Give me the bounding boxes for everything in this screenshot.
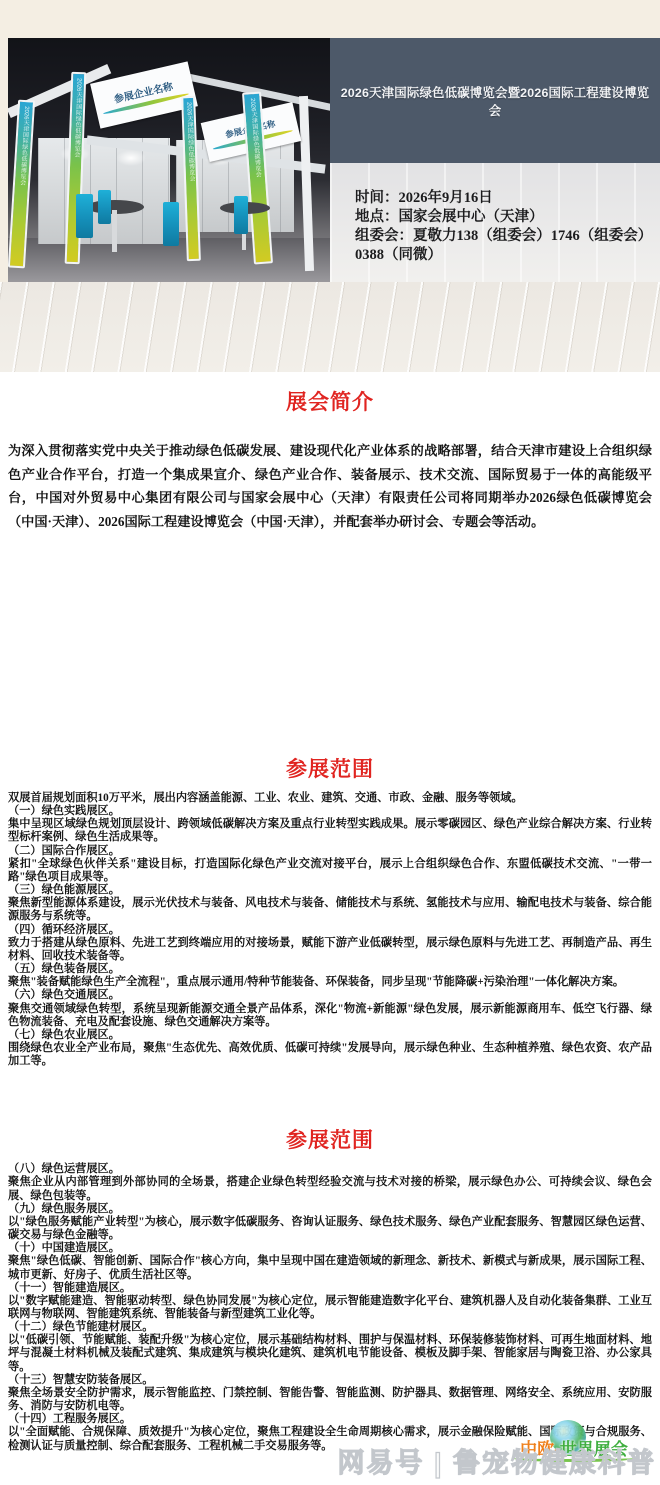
zone-title: （十三）智慧安防装备展区。	[8, 1374, 652, 1387]
section-heading-intro: 展会简介	[0, 392, 660, 414]
section-heading-scope-1: 参展范围	[0, 759, 660, 781]
zone-desc: 以"绿色服务赋能产业转型"为核心，展示数字低碳服务、咨询认证服务、绿色技术服务、…	[8, 1216, 652, 1242]
zone-desc: 聚焦企业从内部管理到外部协同的全场景，搭建企业绿色转型经验交流与技术对接的桥梁，…	[8, 1176, 652, 1202]
flyer-page: 参展企业名称 参展企业名称 2026天津国际绿色低碳博览会 2026天津国际绿色…	[0, 0, 660, 1485]
booth-chair	[163, 202, 179, 246]
zone-desc: 聚焦新型能源体系建设，展示光伏技术与装备、风电技术与装备、储能技术与系统、氢能技…	[8, 897, 652, 923]
intro-paragraph: 为深入贯彻落实党中央关于推动绿色低碳发展、建设现代化产业体系的战略部署，结合天津…	[8, 439, 652, 533]
zone-title: （七）绿色农业展区。	[8, 1029, 652, 1042]
zone-desc: 以"数字赋能建造、智能驱动转型、绿色协同发展"为核心定位，展示智能建造数字化平台…	[8, 1295, 652, 1321]
section-heading-scope-2: 参展范围	[0, 1130, 660, 1152]
zone-title: （六）绿色交通展区。	[8, 989, 652, 1002]
zone-desc: 以"低碳引领、节能赋能、装配升级"为核心定位，展示基础结构材料、围护与保温材料、…	[8, 1334, 652, 1373]
booth-chair	[234, 196, 248, 234]
booth-photo: 参展企业名称 参展企业名称 2026天津国际绿色低碳博览会 2026天津国际绿色…	[8, 38, 330, 282]
booth-chair	[76, 194, 93, 238]
zone-desc: 聚焦"绿色低碳、智能创新、国际合作"核心方向，集中呈现中国在建造领域的新理念、新…	[8, 1255, 652, 1281]
scope-list-1: 双展首届规划面积10万平米，展出内容涵盖能源、工业、农业、建筑、交通、市政、金融…	[8, 792, 652, 1068]
zone-title: （八）绿色运营展区。	[8, 1163, 652, 1176]
expo-title: 2026天津国际绿色低碳博览会暨2026国际工程建设博览会	[330, 83, 660, 119]
zone-desc: 聚焦"装备赋能绿色生产全流程"，重点展示通用/特种节能装备、环保装备，同步呈现"…	[8, 976, 652, 989]
zone-title: （二）国际合作展区。	[8, 845, 652, 858]
zone-title: （十）中国建造展区。	[8, 1242, 652, 1255]
info-location: 地点：国家会展中心（天津）	[355, 208, 657, 227]
info-committee: 组委会：夏敬力138（组委会）1746（组委会）0388（同微）	[355, 227, 657, 265]
column-label: 2026天津国际绿色低碳博览会	[185, 102, 196, 259]
zone-desc: 聚焦全场景安全防护需求，展示智能监控、门禁控制、智能告警、智能监测、防护器具、数…	[8, 1387, 652, 1413]
booth-chair	[98, 190, 111, 224]
info-time: 时间：2026年9月16日	[355, 189, 657, 208]
zone-desc: 紧扣"全球绿色伙伴关系"建设目标，打造国际化绿色产业交流对接平台，展示上合组织绿…	[8, 858, 652, 884]
zone-desc: 围绕绿色农业全产业布局，聚焦"生态优先、高效优质、低碳可持续"发展导向，展示绿色…	[8, 1042, 652, 1068]
scope-intro: 双展首届规划面积10万平米，展出内容涵盖能源、工业、农业、建筑、交通、市政、金融…	[8, 792, 652, 805]
hero-title-panel: 2026天津国际绿色低碳博览会暨2026国际工程建设博览会	[330, 38, 660, 163]
flyer-content: 展会简介 为深入贯彻落实党中央关于推动绿色低碳发展、建设现代化产业体系的战略部署…	[0, 372, 660, 1453]
platform-watermark: 网易号 | 鲁宠物健康科普	[337, 1441, 656, 1480]
expo-info: 时间：2026年9月16日 地点：国家会展中心（天津） 组委会：夏敬力138（组…	[355, 189, 657, 265]
zone-title: （三）绿色能源展区。	[8, 884, 652, 897]
zone-title: （四）循环经济展区。	[8, 924, 652, 937]
zone-desc: 聚焦交通领域绿色转型，系统呈现新能源交通全景产品体系，深化"物流+新能源"绿色发…	[8, 1003, 652, 1029]
zone-desc: 致力于搭建从绿色原料、先进工艺到终端应用的对接场景，赋能下游产业低碳转型，展示绿…	[8, 937, 652, 963]
zone-title: （十二）绿色节能建材展区。	[8, 1321, 652, 1334]
booth-table-leg	[112, 210, 117, 252]
wood-floor	[0, 282, 660, 372]
scope-list-2: （八）绿色运营展区。 聚焦企业从内部管理到外部协同的全场景，搭建企业绿色转型经验…	[8, 1163, 652, 1452]
spotlight-glow	[116, 150, 146, 166]
booth-banner-column: 2026天津国际绿色低碳博览会	[181, 96, 201, 261]
zone-title: （五）绿色装备展区。	[8, 963, 652, 976]
hero-banner: 参展企业名称 参展企业名称 2026天津国际绿色低碳博览会 2026天津国际绿色…	[0, 0, 660, 372]
hero-info-panel: 时间：2026年9月16日 地点：国家会展中心（天津） 组委会：夏敬力138（组…	[330, 163, 660, 282]
zone-title: （一）绿色实践展区。	[8, 805, 652, 818]
zone-title: （十一）智能建造展区。	[8, 1282, 652, 1295]
zone-desc: 集中呈现区域绿色规划顶层设计、跨领域低碳解决方案及重点行业转型实践成果。展示零碳…	[8, 818, 652, 844]
zone-title: （九）绿色服务展区。	[8, 1203, 652, 1216]
